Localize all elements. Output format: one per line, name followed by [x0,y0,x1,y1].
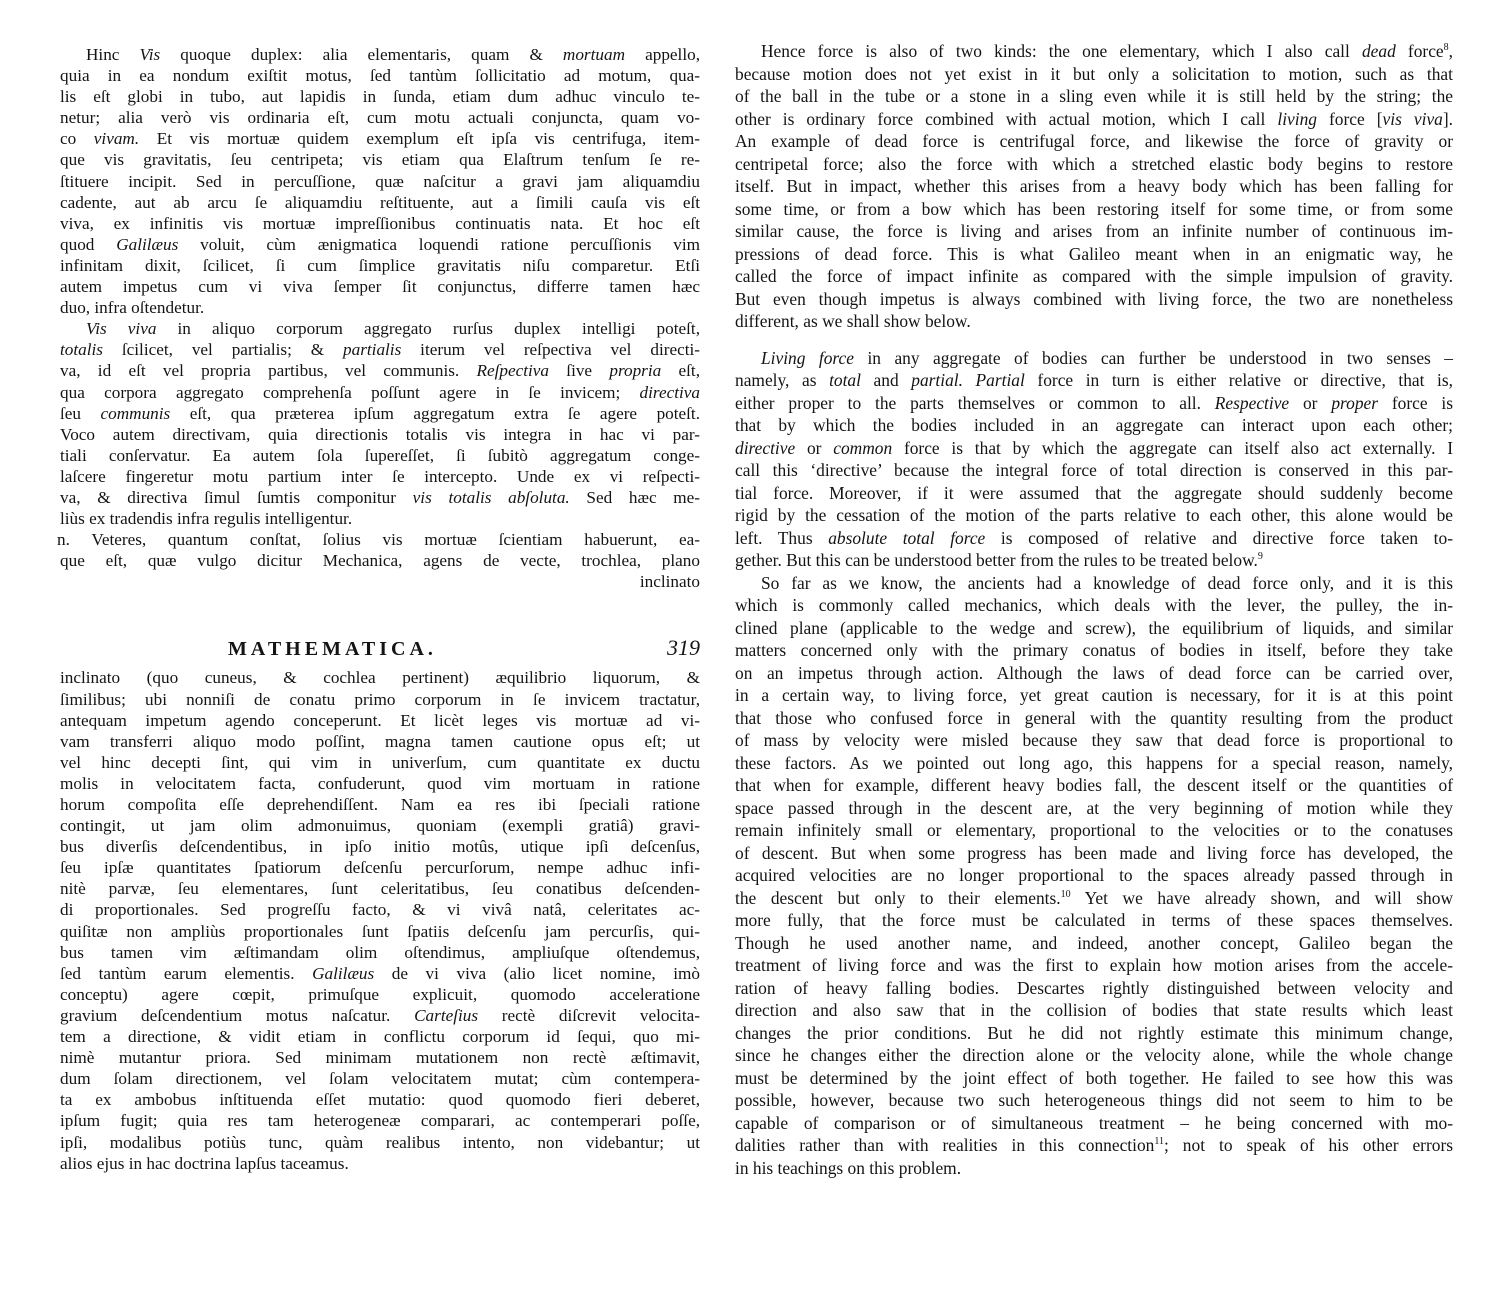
text-run: Hinc [86,45,140,64]
text-run: force is that by which the aggregate can… [892,438,1453,458]
text-line: totalis ſcilicet, vel partialis; & parti… [60,339,700,360]
text-line: bus diverſis deſcendentibus, in ipſo ini… [60,836,700,857]
text-run: ſed tantùm earum elementis. [60,964,312,983]
text-line: more fully, that the force must be calcu… [735,909,1453,932]
text-run: matters concerned only with the primary … [735,640,1453,660]
text-run: treatment of living force and was the fi… [735,955,1453,975]
text-run: since he changes either the direction al… [735,1045,1453,1065]
text-run: autem impetus cum vi viva ſemper ſit con… [60,277,700,296]
text-run: duo, infra oſtendetur. [60,298,204,317]
text-run: and [861,370,911,390]
text-run: because motion does not yet exist in it … [735,64,1453,84]
footnote-marker: 11 [1154,1136,1164,1147]
text-run: But even though impetus is always combin… [735,289,1453,309]
text-line: n. Veteres, quantum conſtat, ſolius vis … [57,529,700,550]
text-run: voluit, cùm ænigmatica loquendi ratione … [178,235,700,254]
text-line: co vivam. Et vis mortuæ quidem exemplum … [60,128,700,149]
text-run: namely, as [735,370,829,390]
text-line: other is ordinary force combined with ac… [735,108,1453,131]
text-run: of mass by velocity were misled because … [735,730,1453,750]
text-run: ſeu [60,404,101,423]
italic-text: living [1277,109,1317,129]
text-line: namely, as total and partial. Partial fo… [735,369,1453,392]
text-line: centripetal force; also the force with w… [735,153,1453,176]
text-line: di proportionales. Sed progreſſu facto, … [60,899,700,920]
text-line: ſed tantùm earum elementis. Galilæus de … [60,963,700,984]
text-run: call this ‘directive’ because the integr… [735,460,1453,480]
italic-text: partialis [343,340,401,359]
text-line: similar cause, the force is living and a… [735,220,1453,243]
text-run: appello, [625,45,700,64]
text-line: ſeu ipſæ quantitates ſpatiorum deſcenſu … [60,857,700,878]
text-run: of descent. But when some progress has b… [735,843,1453,863]
text-line: in a certain way, to living force, yet g… [735,684,1453,707]
text-run: laſcere fingeretur motu partium inter ſe… [60,467,700,486]
text-line: laſcere fingeretur motu partium inter ſe… [60,466,700,487]
paragraph-living-force-aggregate: Living force in any aggregate of bodies … [735,347,1453,572]
text-line: that by which the bodies included in an … [735,414,1453,437]
text-run: alios ejus in hac doctrina lapſus taceam… [60,1154,349,1173]
text-line: the descent but only to their elements.1… [735,887,1453,910]
text-line: pressions of dead force. This is what Ga… [735,243,1453,266]
text-run: vel hinc decepti ſint, qui vim in univer… [60,753,700,772]
page-number: 319 [667,637,700,658]
text-line: called the force of impact infinite as c… [735,265,1453,288]
text-line: left. Thus absolute total force is compo… [735,527,1453,550]
text-run: itself. But in impact, whether this aris… [735,176,1453,196]
text-run: dum ſolam directionem, vel ſolam velocit… [60,1069,700,1088]
text-line: An example of dead force is centrifugal … [735,130,1453,153]
text-run: Et vis mortuæ quidem exemplum eſt ipſa v… [139,129,700,148]
italic-text: vivam. [94,129,139,148]
text-line: capable of comparison or of simultaneous… [735,1112,1453,1135]
italic-text: Galilæus [312,964,374,983]
text-run: infinitam dixit, ſcilicet, ſi cum ſimpli… [60,256,700,275]
text-run: nitè parvæ, ſeu elementares, ſunt celeri… [60,879,700,898]
text-run: space passed through in the descent are,… [735,798,1453,818]
text-run: rectè diſcrevit velocita- [478,1006,700,1025]
text-run: remain infinitely small or elementary, p… [735,820,1453,840]
text-run: quiſitæ non ampliùs proportionales ſunt … [60,922,700,941]
text-line: of descent. But when some progress has b… [735,842,1453,865]
text-run: viva, ex infinitis vis mortuæ impreſſion… [60,214,700,233]
italic-text: directiva [640,383,700,402]
text-run: inclinato (quo cuneus, & cochlea pertine… [60,668,700,687]
text-run: more fully, that the force must be calcu… [735,910,1453,930]
text-run: cadente, aut ab arcu ſe aliquamdiu reſti… [60,193,700,212]
text-line: in his teachings on this problem. [735,1157,1453,1180]
text-run: which is commonly called mechanics, whic… [735,595,1453,615]
latin-column: Hinc Vis quoque duplex: alia elementaris… [60,44,700,1174]
text-run: force is [1378,393,1453,413]
text-run: bus diverſis deſcendentibus, in ipſo ini… [60,837,700,856]
text-run: changes the prior conditions. But he did… [735,1023,1453,1043]
text-run: these factors. As we pointed out long ag… [735,753,1453,773]
text-line: treatment of living force and was the fi… [735,954,1453,977]
text-run: ſtituere incipit. Sed in percuſſione, qu… [60,172,700,191]
text-line: different, as we shall show below. [735,310,1453,333]
text-run: que eſt, quæ vulgo dicitur Mechanica, ag… [60,551,700,570]
text-line: Vis viva in aliquo corporum aggregato ru… [60,318,700,339]
text-line: infinitam dixit, ſcilicet, ſi cum ſimpli… [60,255,700,276]
italic-text: Vis viva [86,319,156,338]
paragraph-dead-and-living-force: Hence force is also of two kinds: the on… [735,40,1453,333]
text-line: since he changes either the direction al… [735,1044,1453,1067]
text-line: va, id eſt vel propria partibus, vel com… [60,360,700,381]
text-run: gether. But this can be understood bette… [735,550,1258,570]
text-run: in aliquo corporum aggregato rurſus dupl… [156,319,700,338]
text-run: direction and also saw that in the colli… [735,1000,1453,1020]
text-run: ipſum fugit; quia res tam heterogeneæ co… [60,1111,700,1130]
text-run: de vi viva (alio licet nomine, imò [374,964,700,983]
text-line: vel hinc decepti ſint, qui vim in univer… [60,752,700,773]
text-run: co [60,129,94,148]
text-line: But even though impetus is always combin… [735,288,1453,311]
text-line: bus tamen vim æſtimandam olim oſtendimus… [60,942,700,963]
text-line: Voco autem directivam, quia directionis … [60,424,700,445]
text-run: va, id eſt vel propria partibus, vel com… [60,361,476,380]
text-line: gravium deſcendentium motus naſcatur. Ca… [60,1005,700,1026]
text-run: possible, however, because two such hete… [735,1090,1453,1110]
text-run: is composed of relative and directive fo… [985,528,1453,548]
text-run: ipſi, modalibus potiùs tunc, quàm realib… [60,1133,700,1152]
text-line: ſimilibus; ubi nonniſi de conatu primo c… [60,689,700,710]
italic-text: Galilæus [116,235,178,254]
text-run: Voco autem directivam, quia directionis … [60,425,700,444]
text-line: that when for example, different heavy b… [735,774,1453,797]
text-run: ; not to speak of his other errors [1164,1135,1453,1155]
text-run: or [795,438,833,458]
text-run: va, & directiva ſimul ſumtis componitur [60,488,413,507]
text-run: on an impetus through action. Although t… [735,663,1453,683]
text-run: some time, or from a bow which has been … [735,199,1453,219]
text-line: tiali conſervatur. Ea autem ſola ſupereſ… [60,445,700,466]
text-line: ration of heavy falling bodies. Descarte… [735,977,1453,1000]
text-line: must be determined by the joint effect o… [735,1067,1453,1090]
italic-text: directive [735,438,795,458]
italic-text: vis viva [1383,109,1443,129]
text-run: liùs ex tradendis infra regulis intellig… [60,509,352,528]
text-run: netur; alia verò vis ordinaria eſt, cum … [60,108,700,127]
text-run: different, as we shall show below. [735,311,971,331]
latin-page-top: Hinc Vis quoque duplex: alia elementaris… [60,44,700,592]
text-run: ration of heavy falling bodies. Descarte… [735,978,1453,998]
text-run: quod [60,235,116,254]
text-run: force [1396,41,1444,61]
text-run: ſeu ipſæ quantitates ſpatiorum deſcenſu … [60,858,700,877]
italic-text: absolute total force [828,528,985,548]
text-run: tiali conſervatur. Ea autem ſola ſupereſ… [60,446,700,465]
text-line: either proper to the parts themselves or… [735,392,1453,415]
text-run: contingit, ut jam olim admonuimus, quoni… [60,816,700,835]
text-run: Hence force is also of two kinds: the on… [761,41,1362,61]
text-run: tem a directione, & vidit etiam in confl… [60,1027,700,1046]
text-run: horum compoſita eſſe deprehendiſſent. Na… [60,795,700,814]
text-run: centripetal force; also the force with w… [735,154,1453,174]
text-line: horum compoſita eſſe deprehendiſſent. Na… [60,794,700,815]
text-line: itself. But in impact, whether this aris… [735,175,1453,198]
text-line: ſtituere incipit. Sed in percuſſione, qu… [60,171,700,192]
text-run: So far as we know, the ancients had a kn… [761,573,1453,593]
text-line: because motion does not yet exist in it … [735,63,1453,86]
italic-text: Vis [140,45,161,64]
footnote-marker: 10 [1061,889,1071,900]
text-line: antequam impetum agendo conceperunt. Et … [60,710,700,731]
text-line: nimè mutantur priora. Sed minimam mutati… [60,1047,700,1068]
text-line: changes the prior conditions. But he did… [735,1022,1453,1045]
text-line: of the ball in the tube or a stone in a … [735,85,1453,108]
text-run: in any aggregate of bodies can further b… [854,348,1453,368]
italic-text: totalis [60,340,103,359]
italic-text: Reſpectiva [476,361,549,380]
text-run: in a certain way, to living force, yet g… [735,685,1453,705]
text-line: Though he used another name, and indeed,… [735,932,1453,955]
text-run: other is ordinary force combined with ac… [735,109,1277,129]
text-run: molis in velocitatem facta, confuderunt,… [60,774,700,793]
text-line: que vis gravitatis, ſeu centripeta; vis … [60,149,700,170]
text-line: ta ex ambobus inſtituenda eſſet mutatio:… [60,1089,700,1110]
text-line: space passed through in the descent are,… [735,797,1453,820]
text-run: rigid by the cessation of the motion of … [735,505,1453,525]
text-run: vam transferri aliquo modo poſſint, magn… [60,732,700,751]
text-line: on an impetus through action. Although t… [735,662,1453,685]
text-line: liùs ex tradendis infra regulis intellig… [60,508,700,529]
text-run: quoque duplex: alia elementaris, quam & [160,45,563,64]
text-line: which is commonly called mechanics, whic… [735,594,1453,617]
text-run: n. Veteres, quantum conſtat, ſolius vis … [57,530,700,549]
text-line: rigid by the cessation of the motion of … [735,504,1453,527]
text-run: the descent but only to their elements. [735,888,1061,908]
text-line: ſeu communis eſt, qua præterea ipſum agg… [60,403,700,424]
footnote-marker: 9 [1258,551,1263,562]
text-line: qua corpora aggregato comprehenſa poſſun… [60,382,700,403]
text-run: that by which the bodies included in an … [735,415,1453,435]
text-line: some time, or from a bow which has been … [735,198,1453,221]
text-run: acquired velocities are no longer propor… [735,865,1453,885]
italic-text: common [833,438,892,458]
text-line: lis eſt globi in tubo, aut lapidis in ſu… [60,86,700,107]
text-run: in his teachings on this problem. [735,1158,961,1178]
text-line: that those who confused force in general… [735,707,1453,730]
text-line: of mass by velocity were misled because … [735,729,1453,752]
text-run: similar cause, the force is living and a… [735,221,1453,241]
text-run: An example of dead force is centrifugal … [735,131,1453,151]
text-run: called the force of impact infinite as c… [735,266,1453,286]
text-run: Though he used another name, and indeed,… [735,933,1453,953]
text-line: autem impetus cum vi viva ſemper ſit con… [60,276,700,297]
text-run: or [1289,393,1331,413]
text-line: gether. But this can be understood bette… [735,549,1453,572]
text-run: tial force. Moreover, if it were assumed… [735,483,1453,503]
text-run: ſcilicet, vel partialis; & [103,340,343,359]
text-line: remain infinitely small or elementary, p… [735,819,1453,842]
text-run: must be determined by the joint effect o… [735,1068,1453,1088]
italic-text: partial. Partial [911,370,1025,390]
text-line: nitè parvæ, ſeu elementares, ſunt celeri… [60,878,700,899]
text-line: cadente, aut ab arcu ſe aliquamdiu reſti… [60,192,700,213]
paragraph-ancients-mechanics: So far as we know, the ancients had a kn… [735,572,1453,1180]
text-line: inclinato (quo cuneus, & cochlea pertine… [60,667,700,688]
text-run: ſimilibus; ubi nonniſi de conatu primo c… [60,690,700,709]
text-run: left. Thus [735,528,828,548]
text-line: quod Galilæus voluit, cùm ænigmatica loq… [60,234,700,255]
text-run: either proper to the parts themselves or… [735,393,1215,413]
text-run: Yet we have already shown, and will show [1071,888,1453,908]
text-run: that those who confused force in general… [735,708,1453,728]
text-line: acquired velocities are no longer propor… [735,864,1453,887]
text-run: bus tamen vim æſtimandam olim oſtendimus… [60,943,700,962]
text-run: que vis gravitatis, ſeu centripeta; vis … [60,150,700,169]
text-run: antequam impetum agendo conceperunt. Et … [60,711,700,730]
latin-page-bottom: inclinato (quo cuneus, & cochlea pertine… [60,667,700,1173]
text-line: matters concerned only with the primary … [735,639,1453,662]
italic-text: Respective [1215,393,1289,413]
text-line: vam transferri aliquo modo poſſint, magn… [60,731,700,752]
italic-text: communis [101,404,171,423]
text-line: netur; alia verò vis ordinaria eſt, cum … [60,107,700,128]
italic-text: Carteſius [414,1006,478,1025]
italic-text: proper [1331,393,1378,413]
text-run: clined plane (applicable to the wedge an… [735,618,1453,638]
text-line: Hence force is also of two kinds: the on… [735,40,1453,63]
text-run: di proportionales. Sed progreſſu facto, … [60,900,700,919]
text-run: pressions of dead force. This is what Ga… [735,244,1453,264]
text-line: ipſum fugit; quia res tam heterogeneæ co… [60,1110,700,1131]
paragraph-gap [735,333,1453,347]
text-run: eſt, [661,361,700,380]
italic-text: vis totalis abſoluta. [413,488,570,507]
running-head: MATHEMATICA. 319 [60,637,700,667]
text-line: conceptu) agere cœpit, primuſque explicu… [60,984,700,1005]
text-run: nimè mutantur priora. Sed minimam mutati… [60,1048,700,1067]
text-run: capable of comparison or of simultaneous… [735,1113,1453,1133]
text-line: dum ſolam directionem, vel ſolam velocit… [60,1068,700,1089]
text-run: ]. [1443,109,1453,129]
text-run: gravium deſcendentium motus naſcatur. [60,1006,414,1025]
text-run: of the ball in the tube or a stone in a … [735,86,1453,106]
text-run: force in turn is either relative or dire… [1025,370,1453,390]
text-run: Sed hæc me- [570,488,700,507]
text-line: quia in ea nondum exiſtit motus, ſed tan… [60,65,700,86]
english-translation-column: Hence force is also of two kinds: the on… [735,40,1453,1179]
text-line: molis in velocitatem facta, confuderunt,… [60,773,700,794]
text-line: que eſt, quæ vulgo dicitur Mechanica, ag… [60,550,700,571]
text-line: So far as we know, the ancients had a kn… [735,572,1453,595]
text-run: qua corpora aggregato comprehenſa poſſun… [60,383,640,402]
italic-text: propria [609,361,661,380]
text-line: duo, infra oſtendetur. [60,297,700,318]
text-line: quiſitæ non ampliùs proportionales ſunt … [60,921,700,942]
italic-text: mortuam [563,45,625,64]
text-run: inclinato [640,572,700,591]
text-line: Hinc Vis quoque duplex: alia elementaris… [60,44,700,65]
text-line: contingit, ut jam olim admonuimus, quoni… [60,815,700,836]
text-line: directive or common force is that by whi… [735,437,1453,460]
text-run: iterum vel reſpectiva vel directi- [401,340,700,359]
text-run: conceptu) agere cœpit, primuſque explicu… [60,985,700,1004]
text-run: ſive [549,361,609,380]
text-line: direction and also saw that in the colli… [735,999,1453,1022]
text-run: dalities rather than with realities in t… [735,1135,1154,1155]
text-line: alios ejus in hac doctrina lapſus taceam… [60,1153,700,1174]
italic-text: dead [1362,41,1396,61]
italic-text: Living force [761,348,854,368]
running-head-title: MATHEMATICA. [228,639,437,660]
text-line: viva, ex infinitis vis mortuæ impreſſion… [60,213,700,234]
text-line: va, & directiva ſimul ſumtis componitur … [60,487,700,508]
text-line: call this ‘directive’ because the integr… [735,459,1453,482]
text-run: ta ex ambobus inſtituenda eſſet mutatio:… [60,1090,700,1109]
text-run: eſt, qua præterea ipſum aggregatum extra… [170,404,700,423]
text-line: tial force. Moreover, if it were assumed… [735,482,1453,505]
text-line: inclinato [60,571,700,592]
text-line: these factors. As we pointed out long ag… [735,752,1453,775]
text-line: Living force in any aggregate of bodies … [735,347,1453,370]
text-run: , [1449,41,1453,61]
text-run: that when for example, different heavy b… [735,775,1453,795]
italic-text: total [829,370,861,390]
text-line: tem a directione, & vidit etiam in confl… [60,1026,700,1047]
text-line: possible, however, because two such hete… [735,1089,1453,1112]
text-line: ipſi, modalibus potiùs tunc, quàm realib… [60,1132,700,1153]
text-run: lis eſt globi in tubo, aut lapidis in ſu… [60,87,700,106]
text-run: quia in ea nondum exiſtit motus, ſed tan… [60,66,700,85]
text-line: dalities rather than with realities in t… [735,1134,1453,1157]
text-run: force [ [1317,109,1383,129]
text-line: clined plane (applicable to the wedge an… [735,617,1453,640]
